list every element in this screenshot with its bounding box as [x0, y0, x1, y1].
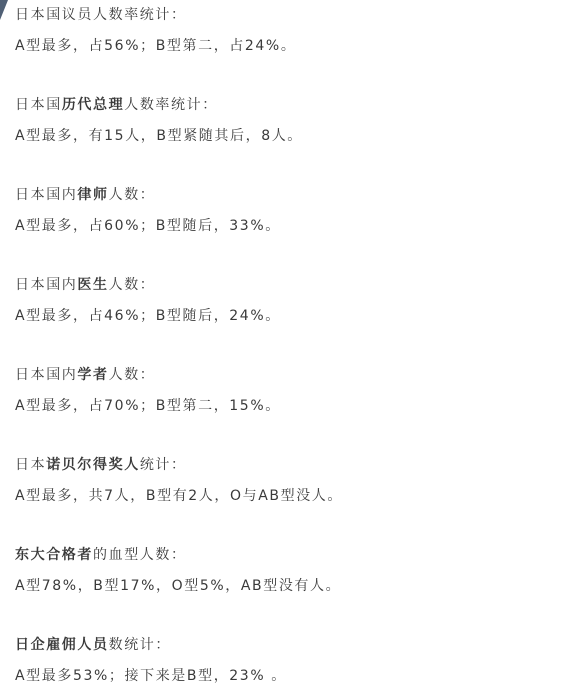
section-title: 日本诺贝尔得奖人统计： — [15, 455, 575, 475]
title-text: 人数： — [109, 187, 156, 203]
section-nobel-laureates: 日本诺贝尔得奖人统计： A型最多，共7人，B型有2人，O与AB型没人。 — [15, 455, 575, 506]
title-text: 人数： — [109, 277, 156, 293]
title-text: 日本国内 — [15, 187, 77, 203]
section-body: A型最多，占60%；B型随后，33%。 — [15, 216, 575, 236]
section-prime-ministers: 日本国历代总理人数率统计： A型最多，有15人，B型紧随其后，8人。 — [15, 95, 575, 146]
section-diet-members: 日本国议员人数率统计： A型最多，占56%；B型第二，占24%。 — [15, 5, 575, 56]
title-text: 人数： — [109, 367, 156, 383]
section-title: 日本国内律师人数： — [15, 185, 575, 205]
section-title: 日本国议员人数率统计： — [15, 5, 575, 25]
section-doctors: 日本国内医生人数： A型最多，占46%；B型随后，24%。 — [15, 275, 575, 326]
section-lawyers: 日本国内律师人数： A型最多，占60%；B型随后，33%。 — [15, 185, 575, 236]
title-text: 统计： — [140, 457, 187, 473]
title-text: 数统计： — [109, 637, 171, 653]
section-scholars: 日本国内学者人数： A型最多，占70%；B型第二，15%。 — [15, 365, 575, 416]
title-text: 日本国议员人数率统计： — [15, 7, 187, 23]
title-text: 的血型人数： — [93, 547, 187, 563]
title-text: 日本国内 — [15, 277, 77, 293]
title-keyword: 日企雇佣人员 — [15, 637, 109, 653]
section-title: 日本国内医生人数： — [15, 275, 575, 295]
section-body: A型最多，占70%；B型第二，15%。 — [15, 396, 575, 416]
section-tokyo-univ-admits: 东大合格者的血型人数： A型78%，B型17%，O型5%，AB型没有人。 — [15, 545, 575, 596]
title-keyword: 律师 — [77, 187, 108, 203]
title-keyword: 学者 — [77, 367, 108, 383]
section-title: 日本国历代总理人数率统计： — [15, 95, 575, 115]
title-keyword: 历代总理 — [62, 97, 124, 113]
corner-decoration — [0, 0, 8, 20]
section-title: 日本国内学者人数： — [15, 365, 575, 385]
title-text: 人数率统计： — [124, 97, 218, 113]
title-keyword: 东大合格者 — [15, 547, 93, 563]
section-body: A型最多，共7人，B型有2人，O与AB型没人。 — [15, 486, 575, 506]
section-body: A型最多53%；接下来是B型，23% 。 — [15, 666, 575, 686]
section-japanese-company-employees: 日企雇佣人员数统计： A型最多53%；接下来是B型，23% 。 — [15, 635, 575, 686]
section-title: 日企雇佣人员数统计： — [15, 635, 575, 655]
section-body: A型最多，有15人，B型紧随其后，8人。 — [15, 126, 575, 146]
title-text: 日本 — [15, 457, 46, 473]
title-text: 日本国 — [15, 97, 62, 113]
title-text: 日本国内 — [15, 367, 77, 383]
section-title: 东大合格者的血型人数： — [15, 545, 575, 565]
title-keyword: 医生 — [77, 277, 108, 293]
section-body: A型最多，占46%；B型随后，24%。 — [15, 306, 575, 326]
title-keyword: 诺贝尔得奖人 — [46, 457, 140, 473]
section-body: A型最多，占56%；B型第二，占24%。 — [15, 36, 575, 56]
section-body: A型78%，B型17%，O型5%，AB型没有人。 — [15, 576, 575, 596]
